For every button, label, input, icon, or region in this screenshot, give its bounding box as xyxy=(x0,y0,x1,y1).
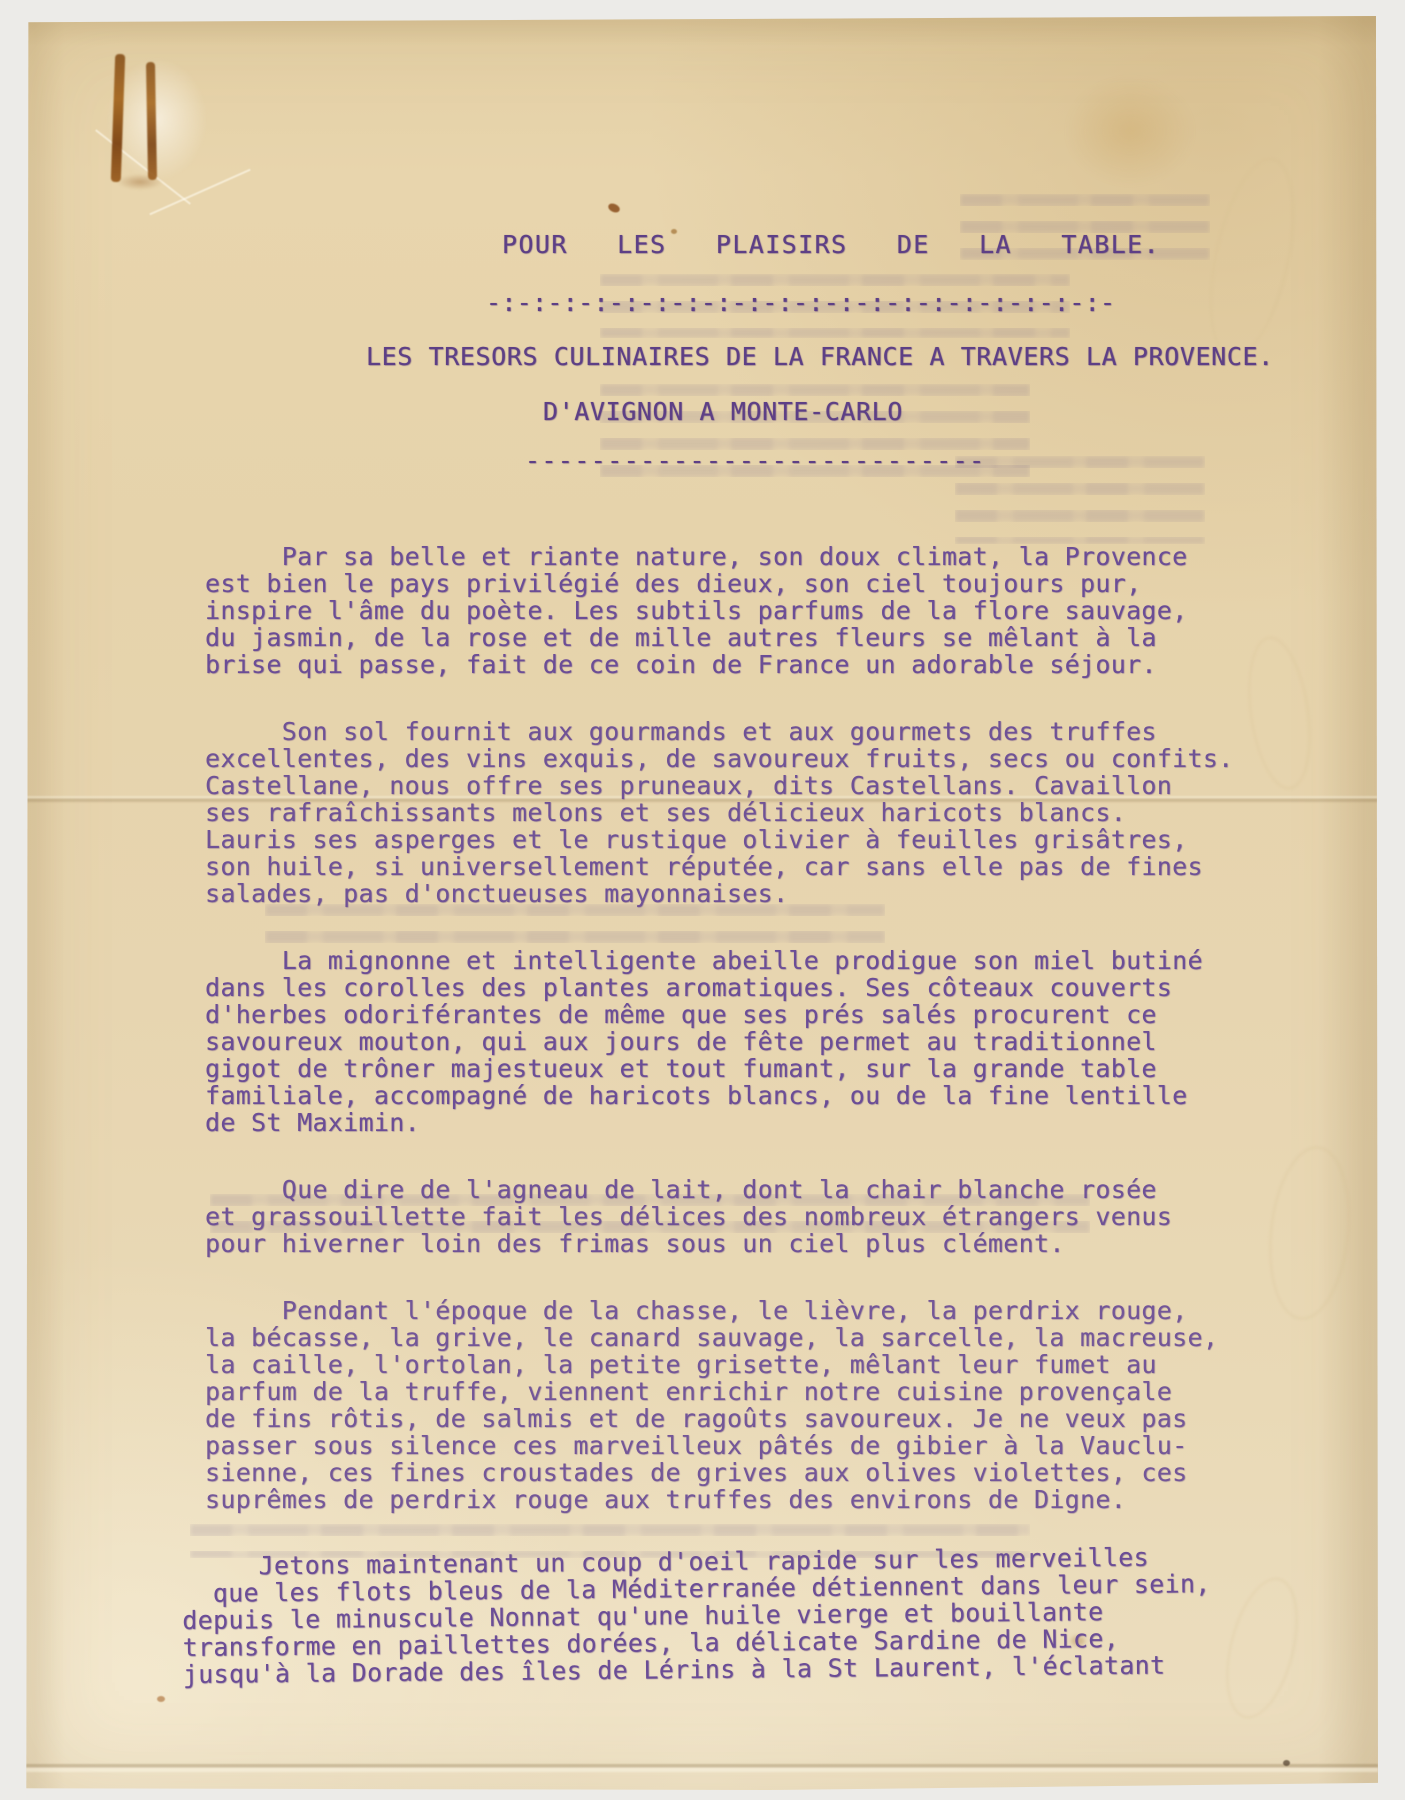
typed-line: ses rafraîchissants melons et ses délici… xyxy=(205,799,1335,826)
typed-line: suprêmes de perdrix rouge aux truffes de… xyxy=(205,1486,1335,1513)
rust-speck xyxy=(157,1696,165,1702)
typed-line: brise qui passe, fait de ce coin de Fran… xyxy=(205,651,1335,678)
ink-speck xyxy=(1283,1760,1290,1766)
document-body: Par sa belle et riante nature, son doux … xyxy=(205,543,1335,1728)
typed-line: la caille, l'ortolan, la petite grisette… xyxy=(205,1351,1335,1378)
typed-line: Son sol fournit aux gourmands et aux gou… xyxy=(205,718,1335,745)
typed-line: d'herbes odoriférantes de même que ses p… xyxy=(205,1001,1335,1028)
typed-line: savoureux mouton, qui aux jours de fête … xyxy=(205,1028,1335,1055)
typed-line: familiale, accompagné de haricots blancs… xyxy=(205,1082,1335,1109)
typed-line: sienne, ces fines croustades de grives a… xyxy=(205,1459,1335,1486)
typed-line: de fins rôtis, de salmis et de ragoûts s… xyxy=(205,1405,1335,1432)
typed-line: parfum de la truffe, viennent enrichir n… xyxy=(205,1378,1335,1405)
paragraph-gibier-chasse: Pendant l'époque de la chasse, le lièvre… xyxy=(205,1297,1335,1513)
typed-line: Lauris ses asperges et le rustique olivi… xyxy=(205,826,1335,853)
typed-line: salades, pas d'onctueuses mayonnaises. xyxy=(205,880,1335,907)
document-subtitle: LES TRESORS CULINAIRES DE LA FRANCE A TR… xyxy=(366,342,1274,371)
rust-speck xyxy=(607,202,621,214)
typed-line: pour hiverner loin des frimas sous un ci… xyxy=(205,1230,1335,1257)
paragraph-provence-nature: Par sa belle et riante nature, son doux … xyxy=(205,543,1335,678)
typed-line: excellentes, des vins exquis, de savoure… xyxy=(205,745,1335,772)
scanner-background: POUR LES PLAISIRS DE LA TABLE. -:-:-:-:-… xyxy=(0,0,1405,1800)
typed-line: passer sous silence ces marveilleux pâté… xyxy=(205,1432,1335,1459)
typed-line: Par sa belle et riante nature, son doux … xyxy=(205,543,1335,570)
paragraph-agneau-de-lait: Que dire de l'agneau de lait, dont la ch… xyxy=(205,1176,1335,1257)
watermark-emboss xyxy=(1195,151,1310,366)
typed-line: Que dire de l'agneau de lait, dont la ch… xyxy=(205,1176,1335,1203)
typed-line: la bécasse, la grive, le canard sauvage,… xyxy=(205,1324,1335,1351)
typed-line: gigot de trôner majestueux et tout fuman… xyxy=(205,1055,1335,1082)
age-stain xyxy=(1065,76,1195,186)
paragraph-produits-du-sol: Son sol fournit aux gourmands et aux gou… xyxy=(205,718,1335,907)
paragraph-mediterranee: Jetons maintenant un coup d'oeil rapide … xyxy=(182,1542,1335,1688)
paragraph-abeille-mouton: La mignonne et intelligente abeille prod… xyxy=(205,947,1335,1136)
document-route-subtitle: D'AVIGNON A MONTE-CARLO xyxy=(543,397,903,426)
paper-tear-patch xyxy=(87,34,227,224)
typed-line: du jasmin, de la rose et de mille autres… xyxy=(205,624,1335,651)
document-page: POUR LES PLAISIRS DE LA TABLE. -:-:-:-:-… xyxy=(25,16,1378,1790)
typed-line: est bien le pays privilégié des dieux, s… xyxy=(205,570,1335,597)
typed-line: La mignonne et intelligente abeille prod… xyxy=(205,947,1335,974)
typed-line: de St Maximin. xyxy=(205,1109,1335,1136)
typed-line: et grassouillette fait les délices des n… xyxy=(205,1203,1335,1230)
document-title: POUR LES PLAISIRS DE LA TABLE. xyxy=(502,230,1160,259)
typed-line: Pendant l'époque de la chasse, le lièvre… xyxy=(205,1297,1335,1324)
bleedthrough-text-block xyxy=(955,456,1205,544)
typed-line: son huile, si universellement réputée, c… xyxy=(205,853,1335,880)
decorative-separator: -:-:-:-:-:-:-:-:-:-:-:-:-:-:-:-:-:-:-:-:… xyxy=(486,288,1115,317)
dashed-underline: ---------------------------- xyxy=(525,446,986,475)
bottom-fold-crease xyxy=(25,1764,1378,1773)
typed-line: inspire l'âme du poète. Les subtils parf… xyxy=(205,597,1335,624)
staple-rust-shadow xyxy=(117,174,163,190)
typed-line: dans les corolles des plantes aromatique… xyxy=(205,974,1335,1001)
typed-line: Castellane, nous offre ses pruneaux, dit… xyxy=(205,772,1335,799)
